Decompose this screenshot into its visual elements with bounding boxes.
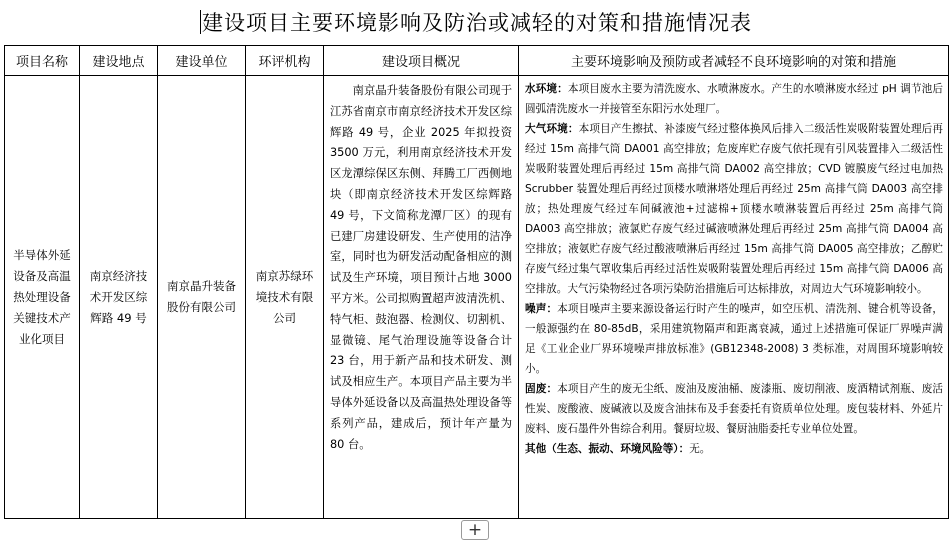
measure-noise: 噪声：本项目噪声主要来源设备运行时产生的噪声，如空压机、清洗剂、键合机等设备，一… <box>525 299 943 379</box>
header-project-name: 项目名称 <box>5 46 80 76</box>
header-location: 建设地点 <box>80 46 158 76</box>
measure-noise-label: 噪声： <box>525 303 557 315</box>
page-title: 建设项目主要环境影响及防治或减轻的对策和措施情况表 <box>0 8 952 38</box>
add-row-button[interactable]: + <box>461 520 489 540</box>
measure-air-label: 大气环境： <box>525 123 579 135</box>
measure-solid-waste-label: 固废： <box>525 383 557 395</box>
measure-air: 大气环境：本项目产生擦拭、补漆废气经过整体换风后排入二级活性炭吸附装置处理后再经… <box>525 119 943 299</box>
measure-water-label: 水环境： <box>525 83 568 95</box>
cell-eia-agency[interactable]: 南京苏绿环境技术有限公司 <box>246 76 324 519</box>
measure-air-text: 本项目产生擦拭、补漆废气经过整体换风后排入二级活性炭吸附装置处理后再经过 15m… <box>525 123 943 295</box>
header-eia-agency: 环评机构 <box>246 46 324 76</box>
table-header-row: 项目名称 建设地点 建设单位 环评机构 建设项目概况 主要环境影响及预防或者减轻… <box>5 46 949 76</box>
measure-solid-waste-text: 本项目产生的废无尘纸、废油及废油桶、废漆瓶、废切削液、废酒精试剂瓶、废活性炭、废… <box>525 383 943 435</box>
cell-location[interactable]: 南京经济技术开发区综辉路 49 号 <box>80 76 158 519</box>
measure-other-text: 无。 <box>689 443 710 455</box>
plus-icon: + <box>468 522 482 539</box>
measure-other-label: 其他（生态、振动、环境风险等）： <box>525 443 689 455</box>
header-unit: 建设单位 <box>158 46 246 76</box>
cell-overview[interactable]: 南京晶升装备股份有限公司现于江苏省南京市南京经济技术开发区综辉路 49 号，企业… <box>324 76 519 519</box>
cell-unit[interactable]: 南京晶升装备股份有限公司 <box>158 76 246 519</box>
measure-water: 水环境：本项目废水主要为清洗废水、水喷淋废水。产生的水喷淋废水经过 pH 调节池… <box>525 79 943 119</box>
overview-text: 南京晶升装备股份有限公司现于江苏省南京市南京经济技术开发区综辉路 49 号，企业… <box>330 81 512 455</box>
measures-table: 项目名称 建设地点 建设单位 环评机构 建设项目概况 主要环境影响及预防或者减轻… <box>4 45 949 519</box>
cell-measures[interactable]: 水环境：本项目废水主要为清洗废水、水喷淋废水。产生的水喷淋废水经过 pH 调节池… <box>519 76 949 519</box>
measure-water-text: 本项目废水主要为清洗废水、水喷淋废水。产生的水喷淋废水经过 pH 调节池后圆弧清… <box>525 83 943 115</box>
text-cursor <box>200 10 201 34</box>
measure-other: 其他（生态、振动、环境风险等）：无。 <box>525 439 943 459</box>
cell-project-name[interactable]: 半导体外延设备及高温热处理设备关键技术产业化项目 <box>5 76 80 519</box>
header-overview: 建设项目概况 <box>324 46 519 76</box>
table-row: 半导体外延设备及高温热处理设备关键技术产业化项目 南京经济技术开发区综辉路 49… <box>5 76 949 519</box>
header-measures: 主要环境影响及预防或者减轻不良环境影响的对策和措施 <box>519 46 949 76</box>
measure-noise-text: 本项目噪声主要来源设备运行时产生的噪声，如空压机、清洗剂、键合机等设备，一般源强… <box>525 303 943 375</box>
page-title-text: 建设项目主要环境影响及防治或减轻的对策和措施情况表 <box>202 11 752 35</box>
measure-solid-waste: 固废：本项目产生的废无尘纸、废油及废油桶、废漆瓶、废切削液、废酒精试剂瓶、废活性… <box>525 379 943 439</box>
